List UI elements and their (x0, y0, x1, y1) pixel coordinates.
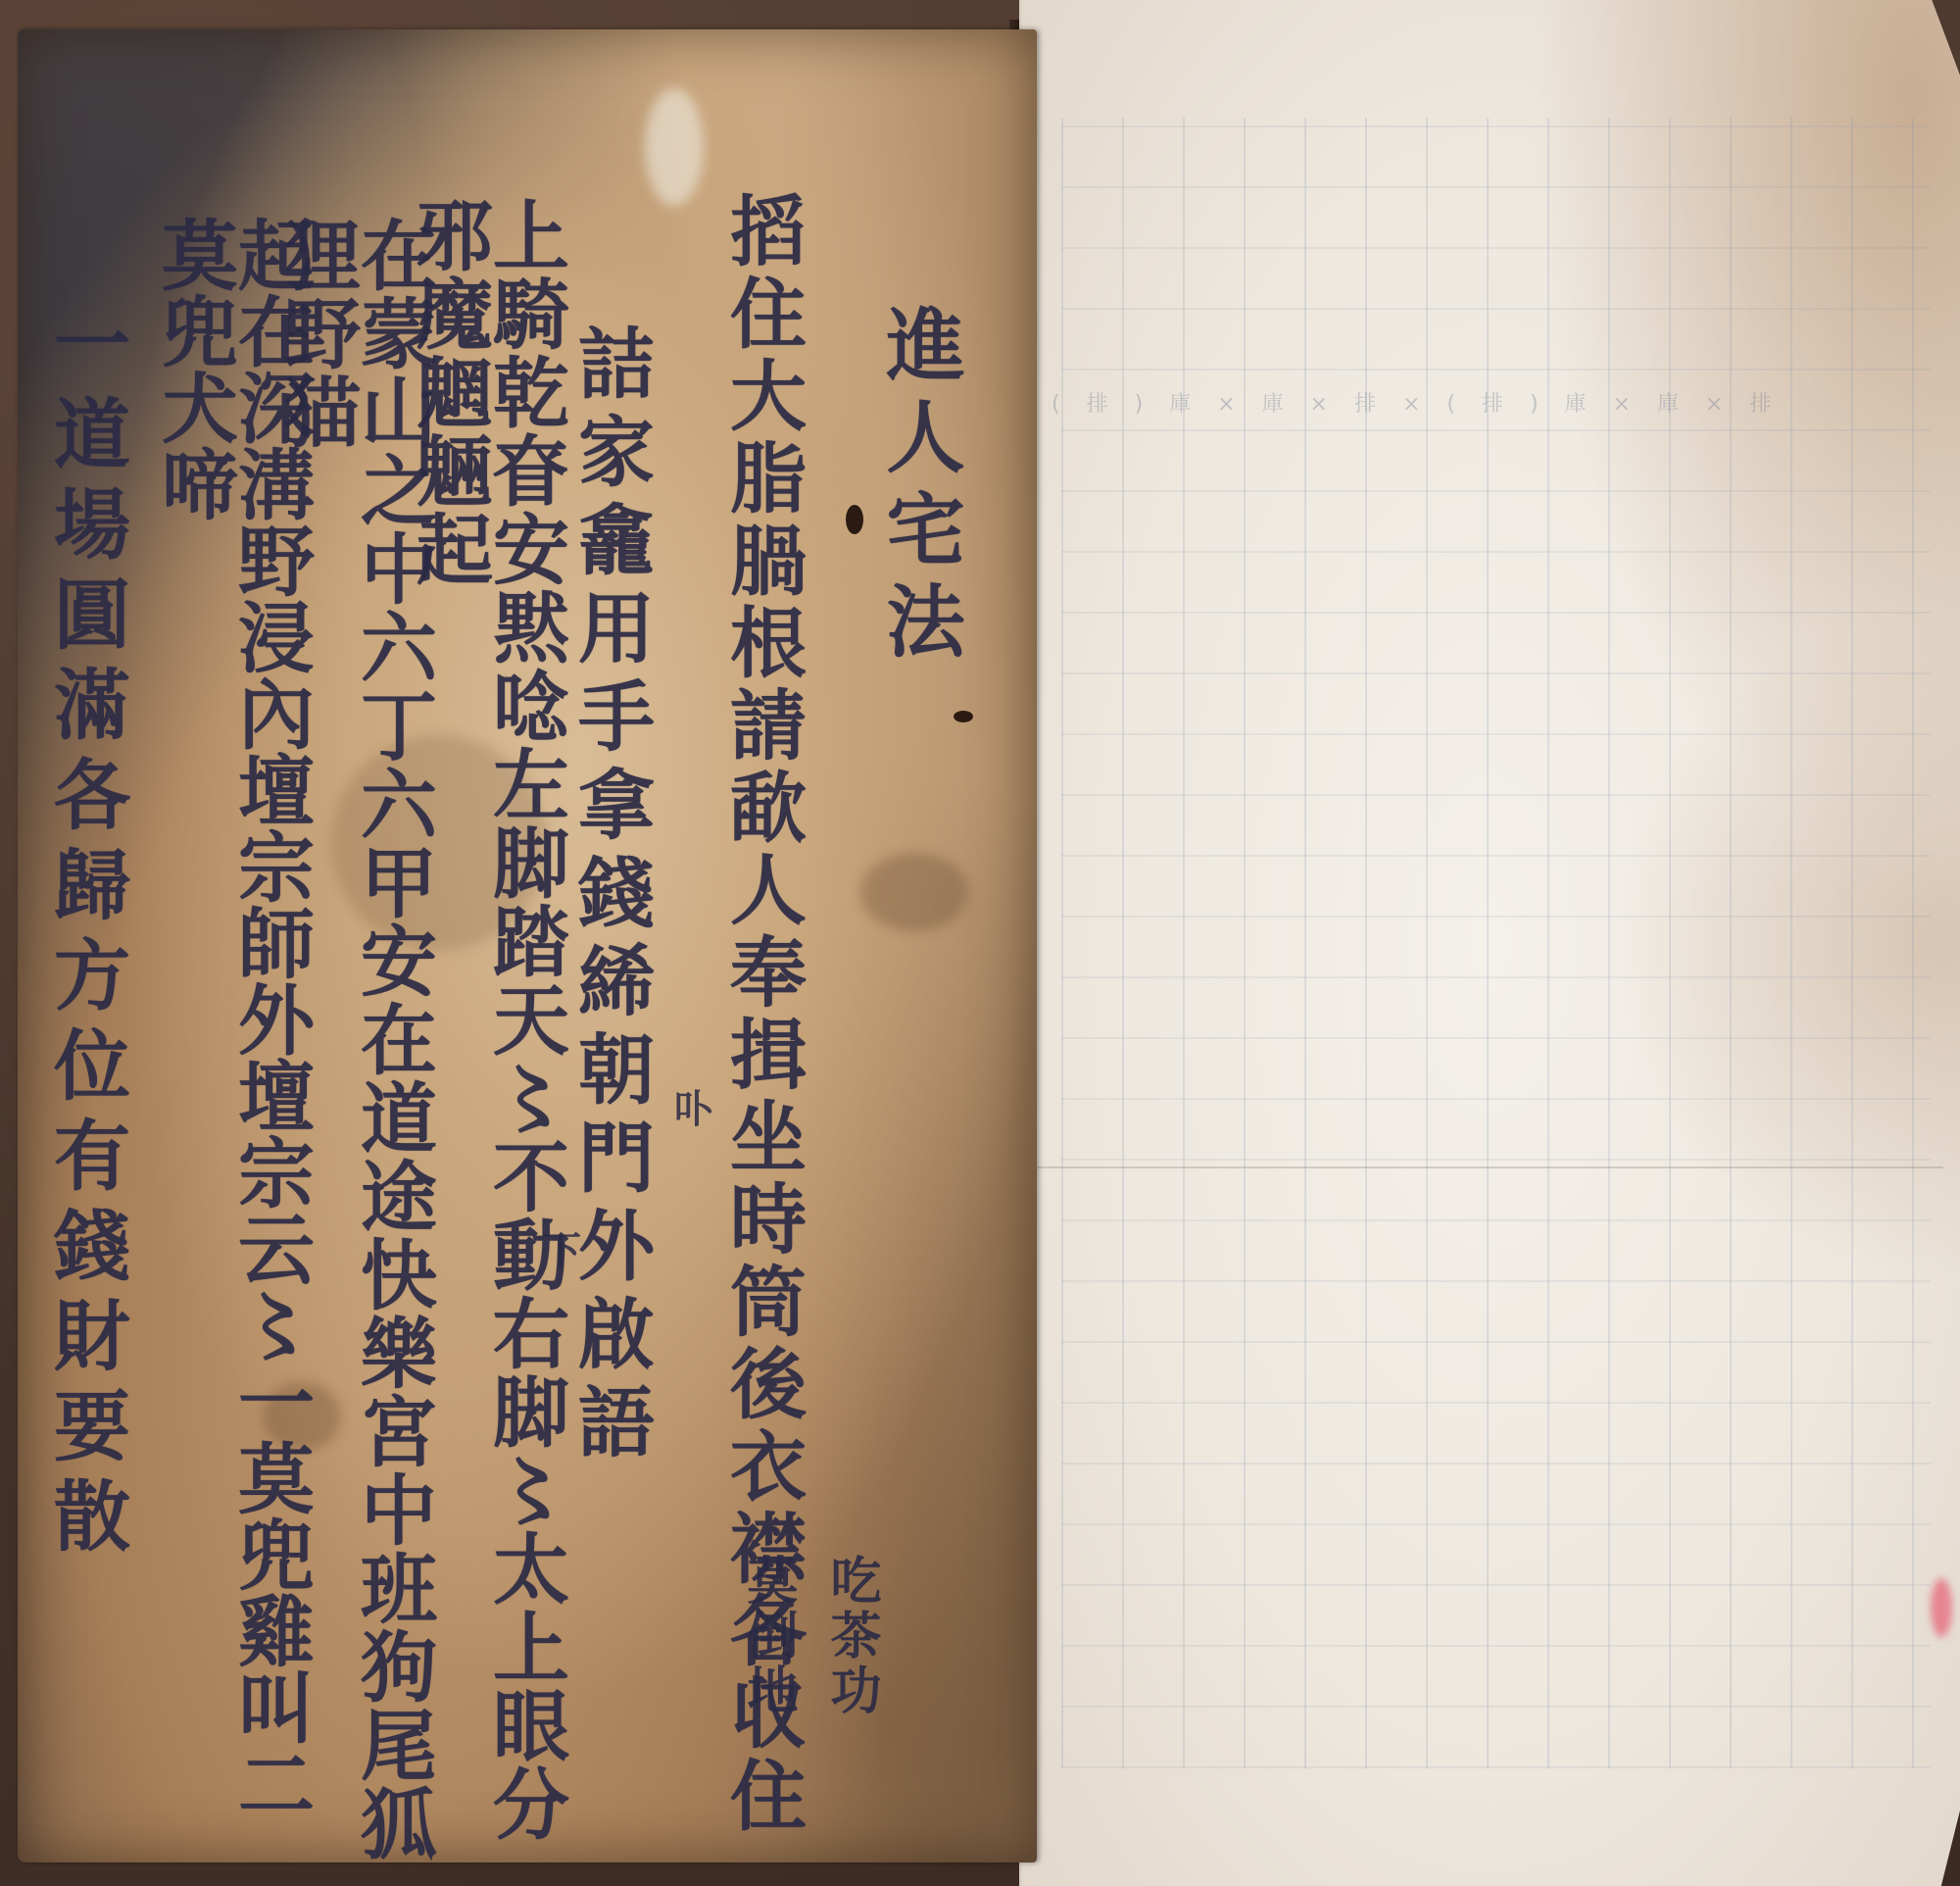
faint-show-through-text: ( 排 ) 庫 × 庫 × 排 × ( 排 ) 庫 × 庫 × 排 (1052, 387, 1931, 446)
margin-mark: 下 (542, 1220, 581, 1276)
text-column-2: 詰家龕用手拿錢絺朝門外啟語 (571, 323, 648, 1470)
worm-hole (846, 505, 863, 534)
title-column: 進人宅法 (880, 304, 958, 672)
right-page: ( 排 ) 庫 × 庫 × 排 × ( 排 ) 庫 × 庫 × 排 (1019, 0, 1960, 1886)
annotation-left: 莫倒地 (731, 1554, 805, 1718)
ruled-grid (1061, 118, 1931, 1768)
page-fold (1022, 1166, 1943, 1168)
left-manuscript-page: 進人宅法 搯住大脂腡根請歃人奉揖坐時筒後衣襟各収住 吃茶功 莫倒地 詰家龕用手拿… (18, 29, 1037, 1862)
margin-mark: 卟 (674, 1078, 713, 1134)
paper-tear (645, 88, 704, 206)
text-column-6: 一道場圓滿各歸方位有錢財要散 (47, 304, 123, 1566)
annotation-right: 吃茶功 (814, 1554, 888, 1718)
small-note-pair: 吃茶功 莫倒地 (731, 1554, 888, 1718)
worm-hole (954, 711, 973, 722)
text-column-5: 起在深溝野浸內壇宗師外壇宗云〻一莫兜雞叫二莫兜犬啼 (155, 216, 308, 1862)
red-ink-smudge (1931, 1578, 1952, 1637)
water-stain (860, 853, 968, 931)
